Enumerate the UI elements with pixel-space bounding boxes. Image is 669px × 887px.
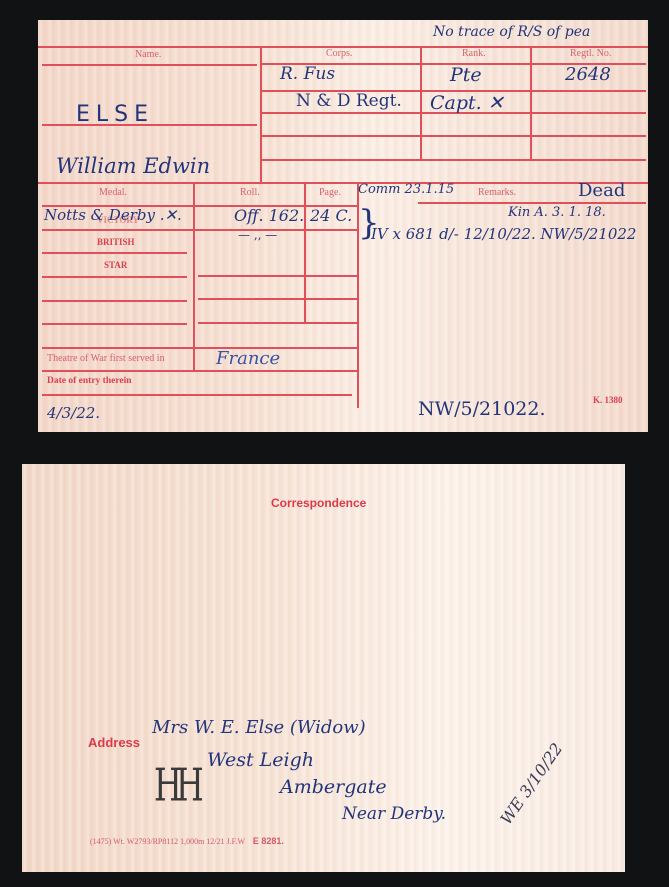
rule	[42, 229, 357, 231]
rank-2: Capt. ✕	[430, 92, 504, 114]
medal-entry: Notts & Derby .✕.	[44, 206, 182, 224]
rule	[262, 159, 646, 161]
rule	[42, 323, 187, 325]
address-line-4: Near Derby.	[342, 804, 446, 824]
address-line-1: Mrs W. E. Else (Widow)	[152, 717, 366, 738]
roll-entry: Off. 162.	[234, 206, 304, 225]
remarks-reference: IV x 681 d/- 12/10/22. NW/5/21022	[371, 225, 636, 243]
print-footer-text: (1475) Wt. W2793/RP8112 1,000m 12/21 J.F…	[90, 837, 245, 846]
forenames: William Edwin	[56, 154, 210, 178]
rule	[42, 276, 187, 278]
corps-1: R. Fus	[280, 64, 335, 84]
label-page: Page.	[319, 187, 341, 198]
label-british: BRITISH	[97, 237, 135, 247]
rule	[42, 300, 187, 302]
print-footer-code: E 8281.	[253, 836, 284, 846]
label-roll: Roll.	[240, 187, 260, 198]
theatre-value: France	[216, 348, 280, 369]
page-entry: 24 C.	[310, 206, 352, 225]
regtl-no-value: 2648	[565, 64, 611, 85]
rule	[418, 202, 646, 204]
rule	[420, 46, 422, 161]
top-note: No trace of R/S of pea	[433, 24, 590, 40]
pencil-initials: HH	[154, 758, 198, 811]
rule	[262, 135, 646, 137]
label-theatre: Theatre of War first served in	[47, 353, 165, 364]
label-star: STAR	[104, 260, 127, 270]
address-line-3: Ambergate	[280, 776, 387, 798]
rule	[38, 182, 648, 184]
form-number: K. 1380	[593, 395, 623, 405]
rule	[198, 275, 358, 277]
killed-in-action: Kin A. 3. 1. 18.	[508, 205, 606, 220]
rule	[42, 394, 352, 396]
rule	[193, 182, 195, 370]
address-label: Address	[88, 735, 140, 750]
label-name: Name.	[135, 49, 161, 60]
correspondence-heading: Correspondence	[271, 496, 366, 510]
label-medal: Medal.	[99, 187, 127, 198]
reference-bottom: NW/5/21022.	[418, 398, 546, 420]
print-footer: (1475) Wt. W2793/RP8112 1,000m 12/21 J.F…	[90, 836, 284, 846]
label-corps: Corps.	[326, 48, 352, 59]
address-line-2: West Leigh	[207, 749, 314, 771]
corner-note: WE 3/10/22	[496, 739, 566, 828]
corps-2: N & D Regt.	[296, 91, 402, 111]
label-date-entry: Date of entry therein	[47, 376, 132, 386]
rule	[530, 46, 532, 161]
rule	[42, 64, 257, 66]
label-rank: Rank.	[462, 48, 486, 59]
commission-date: Comm 23.1.15	[358, 182, 454, 197]
rule	[198, 322, 358, 324]
date-bottom: 4/3/22.	[47, 404, 100, 422]
rule	[260, 46, 262, 182]
rule	[42, 252, 187, 254]
rule	[198, 298, 358, 300]
surname: ELSE	[76, 102, 154, 127]
medal-index-card-front: Name. Corps. Rank. Regtl. No. Medal. Rol…	[38, 20, 648, 432]
roll-ditto: — ,, —	[238, 228, 277, 242]
remarks-dead: Dead	[578, 180, 625, 201]
rule	[42, 347, 357, 349]
rule	[42, 370, 357, 372]
medal-index-card-back: Correspondence Address Mrs W. E. Else (W…	[22, 464, 625, 872]
rank-1: Pte	[450, 64, 482, 86]
label-regtl-no: Regtl. No.	[570, 48, 611, 59]
rule	[304, 182, 306, 322]
label-remarks: Remarks.	[478, 187, 516, 198]
